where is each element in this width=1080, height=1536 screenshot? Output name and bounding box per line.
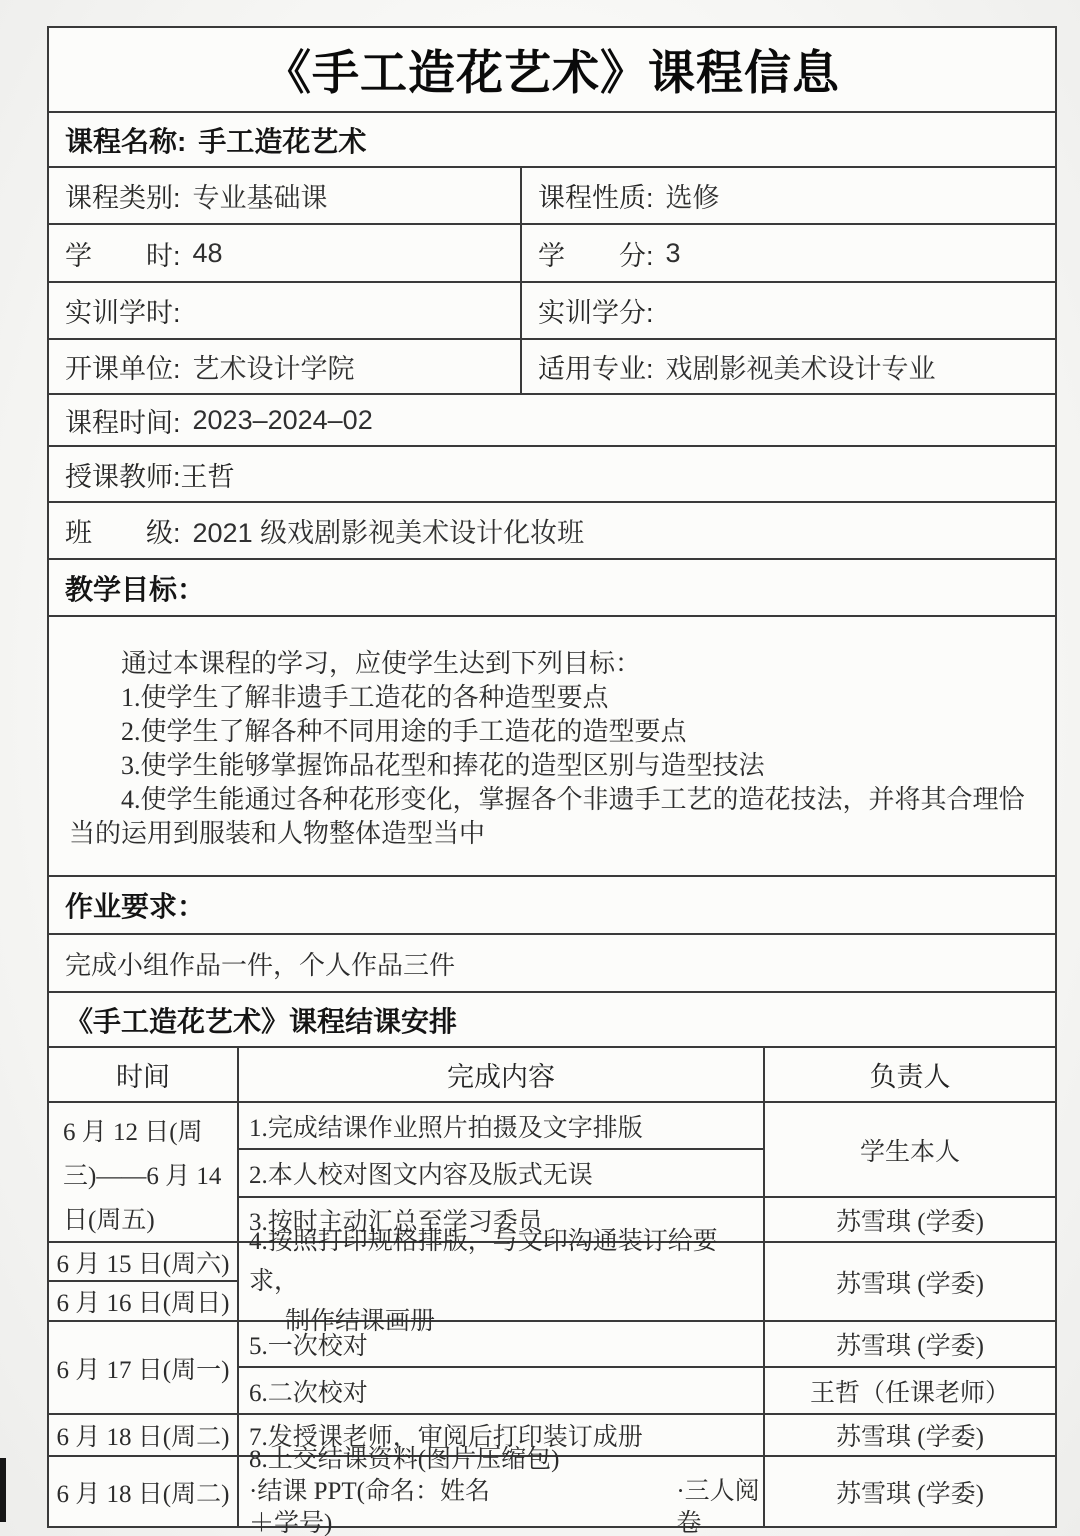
schedule-item-4-line-1: 4.按照打印规格排版，与文印沟通装订给要求，: [249, 1222, 763, 1302]
schedule-owner-su-1: 苏雪琪 (学委): [765, 1198, 1055, 1243]
course-name-row: 课程名称: 手工造花艺术: [49, 113, 1055, 168]
category-nature-row: 课程类别: 专业基础课 课程性质: 选修: [49, 168, 1055, 225]
objectives-item-3: 3.使学生能够掌握饰品花型和捧花的造型区别与造型技法: [69, 749, 1035, 783]
nature-value: 选修: [666, 176, 720, 215]
objectives-intro: 通过本课程的学习，应使学生达到下列目标：: [69, 647, 1035, 681]
class-row: 班 级: 2021 级戏剧影视美术设计化妆班: [49, 503, 1055, 560]
course-name-value: 手工造花艺术: [198, 120, 366, 160]
term-label: 课程时间:: [65, 401, 181, 440]
schedule-item-6: 6.二次校对: [239, 1368, 765, 1415]
schedule-item-4: 4.按照打印规格排版，与文印沟通装订给要求， 制作结课画册: [239, 1243, 765, 1322]
schedule-time-jun17: 6 月 17 日(周一): [49, 1322, 239, 1415]
schedule-item-1: 1.完成结课作业照片拍摄及文字排版: [239, 1103, 765, 1150]
schedule-owner-su-5: 苏雪琪 (学委): [765, 1457, 1055, 1526]
training-row: 实训学时: 实训学分:: [49, 283, 1055, 340]
department-cell: 开课单位: 艺术设计学院: [49, 340, 522, 393]
scan-edge-artifact: [0, 1458, 6, 1522]
schedule-item-8: 8.上交结课资料(图片压缩包) ·结课 PPT(命名：姓名＋学号) ·三人阅卷: [239, 1457, 765, 1526]
schedule-item-2: 2.本人校对图文内容及版式无误: [239, 1150, 765, 1198]
homework-value: 完成小组作品一件，个人作品三件: [65, 945, 455, 982]
scanned-course-document: { "colors": { "border": "#3a3a3a", "text…: [0, 0, 1080, 1536]
homework-label: 作业要求：: [65, 885, 205, 925]
schedule-item-8-ppt: ·结课 PPT(命名：姓名＋学号): [249, 1476, 508, 1536]
nature-cell: 课程性质: 选修: [522, 168, 1055, 223]
schedule-title: 《手工造花艺术》课程结课安排: [65, 1000, 457, 1040]
schedule-header-time: 时间: [49, 1048, 239, 1103]
homework-value-row: 完成小组作品一件，个人作品三件: [49, 935, 1055, 993]
schedule-item-8-line-1: 8.上交结课资料(图片压缩包): [249, 1444, 559, 1476]
objectives-body: 通过本课程的学习，应使学生达到下列目标： 1.使学生了解非遗手工造花的各种造型要…: [49, 617, 1055, 877]
objectives-item-4: 4.使学生能通过各种花形变化，掌握各个非遗手工艺的造花技法，并将其合理恰当的运用…: [69, 783, 1035, 851]
training-hours-cell: 实训学时:: [49, 283, 522, 338]
schedule-item-8-grading: ·三人阅卷: [676, 1476, 763, 1536]
training-hours-label: 实训学时:: [65, 291, 181, 330]
title-row: 《手工造花艺术》课程信息: [49, 28, 1055, 113]
homework-label-row: 作业要求：: [49, 877, 1055, 935]
schedule-item-8-line-2: ·结课 PPT(命名：姓名＋学号) ·三人阅卷: [249, 1476, 763, 1536]
objectives-item-1: 1.使学生了解非遗手工造花的各种造型要点: [69, 681, 1035, 715]
nature-label: 课程性质:: [538, 176, 654, 215]
department-major-row: 开课单位: 艺术设计学院 适用专业: 戏剧影视美术设计专业: [49, 340, 1055, 395]
schedule-time-jun12-14: 6 月 12 日(周三)——6 月 14 日(周五): [49, 1103, 239, 1243]
department-label: 开课单位:: [65, 347, 181, 386]
schedule-time-jun16: 6 月 16 日(周日): [49, 1282, 239, 1322]
term-value: 2023–2024–02: [193, 405, 373, 436]
schedule-time-jun15: 6 月 15 日(周六): [49, 1243, 239, 1282]
schedule-table: 时间 完成内容 负责人 6 月 12 日(周三)——6 月 14 日(周五) 1…: [49, 1048, 1055, 1526]
hours-value: 48: [193, 238, 223, 269]
term-row: 课程时间: 2023–2024–02: [49, 395, 1055, 447]
page-title: 《手工造花艺术》课程信息: [264, 36, 840, 103]
schedule-owner-student: 学生本人: [765, 1103, 1055, 1198]
training-credits-label: 实训学分:: [538, 291, 654, 330]
schedule-owner-su-4: 苏雪琪 (学委): [765, 1415, 1055, 1457]
schedule-title-row: 《手工造花艺术》课程结课安排: [49, 993, 1055, 1048]
teacher-row: 授课教师: 王哲: [49, 447, 1055, 503]
category-cell: 课程类别: 专业基础课: [49, 168, 522, 223]
hours-label: 学 时:: [65, 234, 181, 273]
category-value: 专业基础课: [193, 176, 328, 215]
schedule-time-jun18-b: 6 月 18 日(周二): [49, 1457, 239, 1526]
schedule-owner-su-3: 苏雪琪 (学委): [765, 1322, 1055, 1368]
credits-value: 3: [666, 238, 681, 269]
credits-cell: 学 分: 3: [522, 225, 1055, 281]
teacher-label: 授课教师:: [65, 455, 181, 494]
objectives-item-2: 2.使学生了解各种不同用途的手工造花的造型要点: [69, 715, 1035, 749]
schedule-time-jun18-a: 6 月 18 日(周二): [49, 1415, 239, 1457]
major-label: 适用专业:: [538, 347, 654, 386]
objectives-label: 教学目标：: [65, 568, 205, 608]
class-value: 2021 级戏剧影视美术设计化妆班: [193, 511, 585, 550]
schedule-item-5: 5.一次校对: [239, 1322, 765, 1368]
course-info-table: 《手工造花艺术》课程信息 课程名称: 手工造花艺术 课程类别: 专业基础课 课程…: [47, 26, 1057, 1528]
schedule-header-content: 完成内容: [239, 1048, 765, 1103]
major-cell: 适用专业: 戏剧影视美术设计专业: [522, 340, 1055, 393]
training-credits-cell: 实训学分:: [522, 283, 1055, 338]
schedule-owner-su-2: 苏雪琪 (学委): [765, 1243, 1055, 1322]
category-label: 课程类别:: [65, 176, 181, 215]
schedule-owner-wang: 王哲（任课老师）: [765, 1368, 1055, 1415]
teacher-value: 王哲: [181, 455, 235, 494]
department-value: 艺术设计学院: [193, 347, 355, 386]
objectives-label-row: 教学目标：: [49, 560, 1055, 617]
credits-label: 学 分:: [538, 234, 654, 273]
course-name-label: 课程名称:: [65, 120, 186, 160]
hours-cell: 学 时: 48: [49, 225, 522, 281]
major-value: 戏剧影视美术设计专业: [666, 347, 936, 386]
class-label: 班 级:: [65, 511, 181, 550]
schedule-header-owner: 负责人: [765, 1048, 1055, 1103]
hours-credits-row: 学 时: 48 学 分: 3: [49, 225, 1055, 283]
